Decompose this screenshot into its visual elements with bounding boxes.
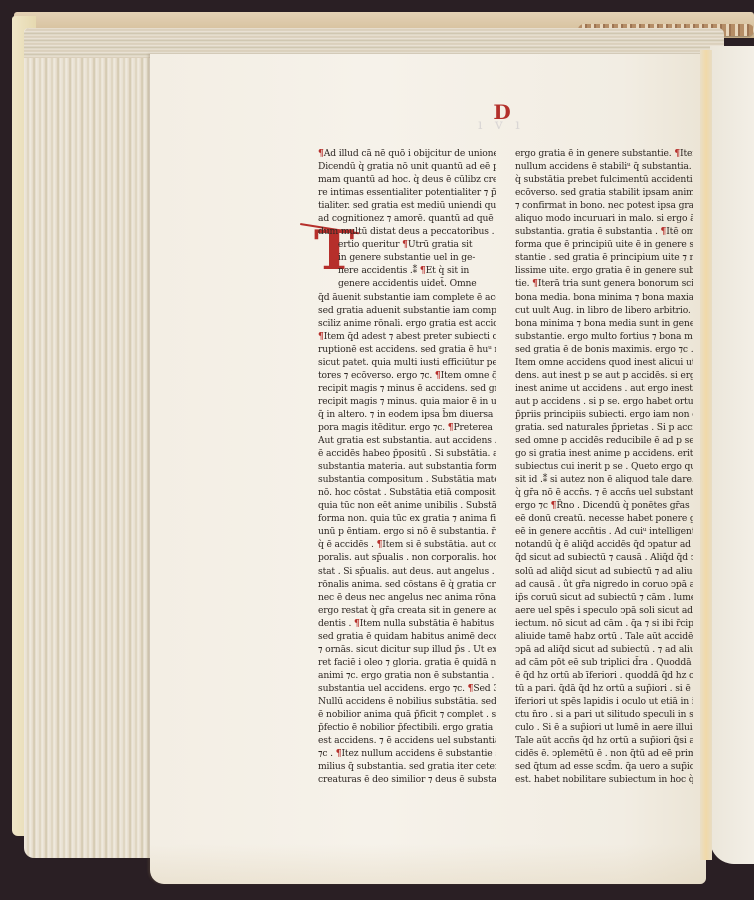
text-line: ergo gratia ē in genere substantie. ¶It… bbox=[515, 147, 693, 160]
text-line: p̄priis principiis subiecti. ergo iam no… bbox=[515, 408, 693, 421]
text-line: solū ad aliq̄d sicut ad subiectū ⁊ ad … bbox=[515, 565, 693, 578]
text-line: sed q̄tum ad esse scd̄m. q̄a uero a sup̄… bbox=[515, 760, 693, 773]
text-line: īferiori ut spēs lapidis i oculo ut et… bbox=[515, 695, 693, 708]
text-line: in genere substantie uel in ge- bbox=[318, 251, 496, 264]
text-line: Nullū accidens ē nobilius substātia. … bbox=[318, 695, 496, 708]
text-line: milius q̄ substantia. sed gratia iter ce… bbox=[318, 760, 496, 773]
text-line: aut p accidens . si p se. ergo habet ort… bbox=[515, 395, 693, 408]
page-stack-edges bbox=[24, 28, 164, 858]
text-line: aliuide tamē habz ortū . Tale aūt acc… bbox=[515, 630, 693, 643]
text-line: substantia. gratia ē substantia . ¶Itē… bbox=[515, 225, 693, 238]
text-line: cidēs ē. ↄplemētū ē . non q̄tū ad … bbox=[515, 747, 693, 760]
text-line: lissime uite. ergo gratia ē in genere s… bbox=[515, 264, 693, 277]
text-line: ad cognitionez ⁊ amorē. quantū ad quē… bbox=[318, 212, 496, 225]
text-line: forma non. quia tūc ex gratia ⁊ anima f… bbox=[318, 512, 496, 525]
text-line: notandū q̀ ē aliq̄d accidēs q̄d ↄpatu… bbox=[515, 538, 693, 551]
text-line: bona minima ⁊ bona media sunt in genere bbox=[515, 317, 693, 330]
text-line: tialiter. sed gratia est mediū uniendi … bbox=[318, 199, 496, 212]
text-line: rōnalis anima. sed cōstans ē q̀ grati… bbox=[318, 578, 496, 591]
text-line: ecōverso. sed gratia stabilit ipsam anim… bbox=[515, 186, 693, 199]
text-line: Tale aūt accn̄s q̄d hz ortū a sup̄iori… bbox=[515, 734, 693, 747]
book-photograph: D ı v ı T ¶Ad illud cā nē quō i obijc… bbox=[0, 0, 754, 900]
text-line: substantia compositum . Substātia mater… bbox=[318, 473, 496, 486]
text-line: tie. ¶Iterā tria sunt genera bonorum sc… bbox=[515, 277, 693, 290]
text-line: sciliz anime rōnali. ergo gratia est ac… bbox=[318, 317, 496, 330]
text-line: culo . Si ē a sup̄iori ut lumē in aere… bbox=[515, 721, 693, 734]
text-line: ↄpā ad aliq̄d sicut ad subiectū . ⁊ ad… bbox=[515, 643, 693, 656]
text-line: ad cām pōt eē sub triplici d̄ra . Quo… bbox=[515, 656, 693, 669]
text-line: eē donū creatū. necesse habet ponere … bbox=[515, 512, 693, 525]
text-line: bona media. bona minima ⁊ bona maxia. si bbox=[515, 291, 693, 304]
text-line: q̀ substātia prebet fulcimentū acciden… bbox=[515, 173, 693, 186]
text-line: substantia materia. aut substantia forma… bbox=[318, 460, 496, 473]
gutter bbox=[700, 50, 712, 860]
text-line: q̀ ē accidēs . ¶Item si ē substātia.… bbox=[318, 538, 496, 551]
text-line: nō. hoc cōstat . Substātia etiā comp… bbox=[318, 486, 496, 499]
text-line: sed gratia ē quidam habitus animē deco… bbox=[318, 630, 496, 643]
text-line: nullum accidens ē stabiliᵘ q̄ substanti… bbox=[515, 160, 693, 173]
text-line: tores ⁊ ecōverso. ergo ⁊c. ¶Item omne q̄… bbox=[318, 369, 496, 382]
text-line: ad causā . ût gr̄a nigredo in coruo ↄpa… bbox=[515, 578, 693, 591]
text-line: sit id .⁑ si autez non ē aliquod tale d… bbox=[515, 473, 693, 486]
text-line: eē in genere accn̄tis . Ad cuiᵘ intelli… bbox=[515, 525, 693, 538]
text-line: inest anime ut accidens . aut ergo inest… bbox=[515, 382, 693, 395]
text-line: est. habet nobilitare subiectum in hoc q… bbox=[515, 773, 693, 786]
text-line: sed omne p accidēs reducibile ē ad p s… bbox=[515, 434, 693, 447]
text-line: aere uel spēs i speculo ↄpā soli sicut… bbox=[515, 604, 693, 617]
text-line: gratia. sed naturales p̄prietas . Si p a… bbox=[515, 421, 693, 434]
text-line: go si gratia inest anime p accidens. eri… bbox=[515, 447, 693, 460]
text-line: ⁊ ornās. sicut dicitur sup illud p̄s . … bbox=[318, 643, 496, 656]
text-column-right: ergo gratia ē in genere substantie. ¶It… bbox=[515, 147, 693, 786]
folio-show-through: ı v ı bbox=[478, 117, 524, 133]
text-line: ⁊c . ¶Itez nullum accidens ē substantie… bbox=[318, 747, 496, 760]
text-line: mam quantū ad hoc. q̀ deus ē cūlibz c… bbox=[318, 173, 496, 186]
text-line: iectum. nō sicut ad cām . q̄a ⁊ si ibi… bbox=[515, 617, 693, 630]
text-line: ip̄s coruū sicut ad subiectū ⁊ cām . … bbox=[515, 591, 693, 604]
text-line: q̀ gr̄a nō ē accn̄s. ⁊ ē accn̄s uel s… bbox=[515, 486, 693, 499]
text-line: p̄fectio ē nobilior p̄fectibili. ergo g… bbox=[318, 721, 496, 734]
text-line: animi ⁊c. ergo gratia non ē substantia … bbox=[318, 669, 496, 682]
text-line: recipit magis ⁊ minus ē accidens. sed g… bbox=[318, 382, 496, 395]
text-line: dens. aut inest p se aut p accidēs. si … bbox=[515, 369, 693, 382]
text-line: sicut patet. quia multi iusti efficiūtu… bbox=[318, 356, 496, 369]
text-line: poralis. aut sp̄ualis . non corporalis. … bbox=[318, 551, 496, 564]
text-line: stat . Si sp̄ualis. aut deus. aut angelu… bbox=[318, 565, 496, 578]
text-line: ē accidēs habeo p̄positū . Si substā… bbox=[318, 447, 496, 460]
text-line: ertio queritur ¶Utrū gratia sit bbox=[318, 238, 496, 251]
text-line: quia tūc non eēt anime unibilis . Subs… bbox=[318, 499, 496, 512]
text-line: re intimas essentialiter potentialiter ⁊… bbox=[318, 186, 496, 199]
text-line: ē nobilior anima quā p̄ficit ⁊ complet… bbox=[318, 708, 496, 721]
text-line: Item omne accidens quod inest alicui ut … bbox=[515, 356, 693, 369]
text-line: recipit magis ⁊ minus. quia maior ē in … bbox=[318, 395, 496, 408]
text-line: nec ē deus nec angelus nec anima rōnal… bbox=[318, 591, 496, 604]
text-line: ⁊ confirmat in bono. nec potest ipsa gra… bbox=[515, 199, 693, 212]
text-line: q̄d sicut ad subiectū ⁊ causā . Aliq̄d… bbox=[515, 551, 693, 564]
text-line: dentis . ¶Item nulla substātia ē habit… bbox=[318, 617, 496, 630]
text-line: subiectus cui inerit p se . Queto ergo q… bbox=[515, 460, 693, 473]
text-line: creaturas ē deo similior ⁊ deus ē subs… bbox=[318, 773, 496, 786]
text-line: tū a pari. q̄dā q̄d hz ortū a sup̄ior… bbox=[515, 682, 693, 695]
text-line: ctu n̄ro . si a pari ut silitudo speculi… bbox=[515, 708, 693, 721]
text-line: forma que ē principiū uite ē in gener… bbox=[515, 238, 693, 251]
text-line: ē q̄d hz ortū ab īferiori . quoddā q… bbox=[515, 669, 693, 682]
text-line: q̄ in altero. ⁊ in eodem ipsa b̄m diuers… bbox=[318, 408, 496, 421]
text-line: Aut gratia est substantia. aut accidens … bbox=[318, 434, 496, 447]
text-line: ret faciē i oleo ⁊ gloria. gratia ē qu… bbox=[318, 656, 496, 669]
text-line: unū p ēntiam. ergo si nō ē substanti… bbox=[318, 525, 496, 538]
text-line: sed gratia aduenit substantie iam comple… bbox=[318, 304, 496, 317]
text-column-left: ¶Ad illud cā nē quō i obijcitur de un… bbox=[318, 147, 496, 786]
text-line: genere accidentis uidet̄. Omne bbox=[318, 277, 496, 290]
text-line: ¶Ad illud cā nē quō i obijcitur de un… bbox=[318, 147, 496, 160]
text-line: ¶Item q̄d adest ⁊ abest preter subiecti … bbox=[318, 330, 496, 343]
text-line: ruptionē est accidens. sed gratia ē hu… bbox=[318, 343, 496, 356]
text-line: aliquo modo incuruari in malo. si ergo a… bbox=[515, 212, 693, 225]
text-line: stantie . sed gratia ē principium uite … bbox=[515, 251, 693, 264]
text-line: sed gratia ē de bonis maximis. ergo ⁊c … bbox=[515, 343, 693, 356]
facing-page bbox=[710, 46, 754, 864]
text-line: dum multū distat deus a peccatoribus . bbox=[318, 225, 496, 238]
text-line: q̄d āuenit substantie iam complete ē a… bbox=[318, 291, 496, 304]
text-line: ergo restat q̀ gr̄a creata sit in genere… bbox=[318, 604, 496, 617]
text-line: est accidens. ⁊ ē accidens uel substant… bbox=[318, 734, 496, 747]
text-line: nere accidentis .⁑ ¶Et q̀ sit in bbox=[318, 264, 496, 277]
text-line: substantia uel accidens. ergo ⁊c. ¶Sed 3… bbox=[318, 682, 496, 695]
text-line: pora magis itēditur. ergo ⁊c. ¶Preterea… bbox=[318, 421, 496, 434]
text-line: cut uult Aug. in libro de libero arbitri… bbox=[515, 304, 693, 317]
text-line: Dicendū q̀ gratia nō unit quantū ad e… bbox=[318, 160, 496, 173]
text-line: ergo ⁊c ¶R̄no . Dicendū q̀ ponētes gr̄… bbox=[515, 499, 693, 512]
text-line: substantie. ergo multo fortius ⁊ bona ma… bbox=[515, 330, 693, 343]
